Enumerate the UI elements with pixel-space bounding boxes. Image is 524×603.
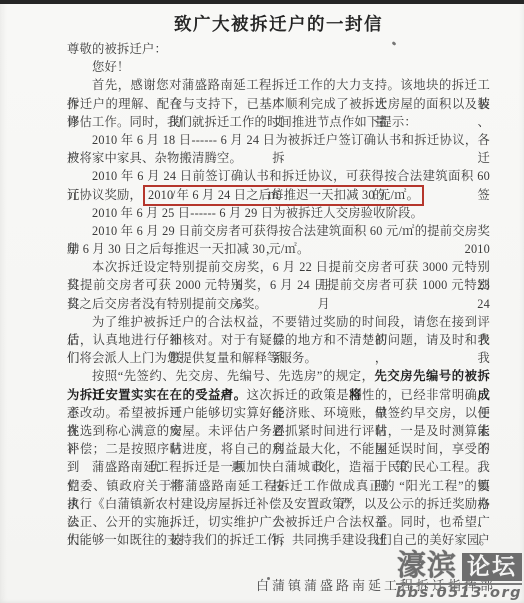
letter-line: 公正、公开的实施拆迁，切实维护广大被拆迁户合法权益。同时，也希望广大被拆迁户	[67, 513, 490, 531]
letter-line: 日提前交房者可获 2000 元特别奖，6 月 24 日提前交房者可获 1000 …	[67, 276, 490, 294]
letter-line: 蒲盛路南延工程拆迁是一项加快白蒲城市化，造福于民的民心工程。我们将按照镇	[67, 458, 490, 476]
highlight-box: 2010 年 6 月 24 日之后每推迟一天扣减 30 元/㎡。	[143, 185, 424, 206]
letter-line: 本次拆迁设定特别提前交房奖，6 月 22 日提前交房者可获 3000 元特别奖，…	[67, 258, 490, 276]
letter-line: 为拆迁安置实实在在的受益者。这次拆迁的政策是刚性的，已经非常明确，不可能做任	[67, 386, 490, 404]
letter-line: 按照“先签约、先交房、先编号、先选房”的规定，先交房先编号的被拆迁户将成	[67, 367, 490, 385]
watermark-url: bbs.0513.org	[396, 583, 522, 602]
letter-line: 2010 年 6 月 25 日------ 6 月 29 日为被拆迁人交房验收阶…	[67, 204, 490, 222]
letter-line: 2010 年 6 月 24 日前签订确认书和拆迁协议，可获得按合法建筑面积 60…	[67, 167, 490, 185]
letter-body: 致广大被拆迁户的一封信 尊敬的被拆迁户： 您好！ 首先，感谢您对蒲盛路南延工程拆…	[67, 14, 490, 549]
letter-text: 按照“先签约、先交房、先编号、先选房”的规定，	[92, 369, 374, 383]
letter-line: 意改动。希望被拆迁户能够切实算好经济账、环境账，早签约早交房，以便在安置时能	[67, 404, 490, 422]
highlight-prefix: 订协议奖励，	[67, 188, 142, 202]
letter-line: 后，认真地进行仔细核对。对于有疑异的地方和不清楚的问题，请及时和我们联系，我	[67, 331, 490, 349]
letter-line: 挑选到称心满意的房屋。未评估户务必抓紧时间进行评估，一是及时测算未评估房屋的	[67, 422, 490, 440]
letter-title: 致广大被拆迁户的一封信	[67, 14, 490, 34]
watermark-forum-badge: 论坛	[462, 553, 522, 581]
greeting: 您好！	[67, 58, 490, 76]
scan-border-top	[0, 0, 524, 4]
letter-line: 执行《白蒲镇新农村建设房屋拆迁补偿及安置政策》，以及公示的拆迁奖励办法，公平、	[67, 495, 490, 513]
letter-line: 补偿；二是按照序时进度，将自己的利益最大化，不能因延误时间，享受不到优惠政策。	[67, 440, 490, 458]
scanned-letter-page: 致广大被拆迁户的一封信 尊敬的被拆迁户： 您好！ 首先，感谢您对蒲盛路南延工程拆…	[0, 0, 524, 603]
letter-line: 为了维护被拆迁户的合法权益，不要错过奖励的时间段，请您在接到评估补偿初表	[67, 313, 490, 331]
letter-line: 党委、镇政府关于将蒲盛路南延工程拆迁工作做成真正的 “阳光工程”的要求，严格	[67, 477, 490, 495]
letter-line: 2010 年 6 月 18 日------ 6 月 24 日为被拆迁户签订确认书…	[67, 131, 490, 149]
letter-line: 拆迁户的理解、配合与支持下，已基本顺利完成了被拆迁房屋的面积以及装修的丈量、	[67, 95, 490, 113]
letter-line: 2010 年 6 月 29 日前交房者可获得按合法建筑面积 60 元/㎡的提前交…	[67, 222, 490, 240]
forum-watermark: 濠滨 论坛 bbs.0513.org	[396, 551, 522, 602]
salutation: 尊敬的被拆迁户：	[67, 40, 490, 58]
watermark-site-name: 濠滨	[397, 551, 457, 581]
letter-text-bold: 为拆迁安置实实在在的受益者。	[67, 388, 247, 402]
letter-line: 首先，感谢您对蒲盛路南延工程拆迁工作的大力支持。该地块的拆迁工作在广大被	[67, 76, 490, 94]
letter-line: 们能够一如既往的支持我们的拆迁工作，共同携手建设我们自己的美好家园。	[67, 531, 490, 549]
